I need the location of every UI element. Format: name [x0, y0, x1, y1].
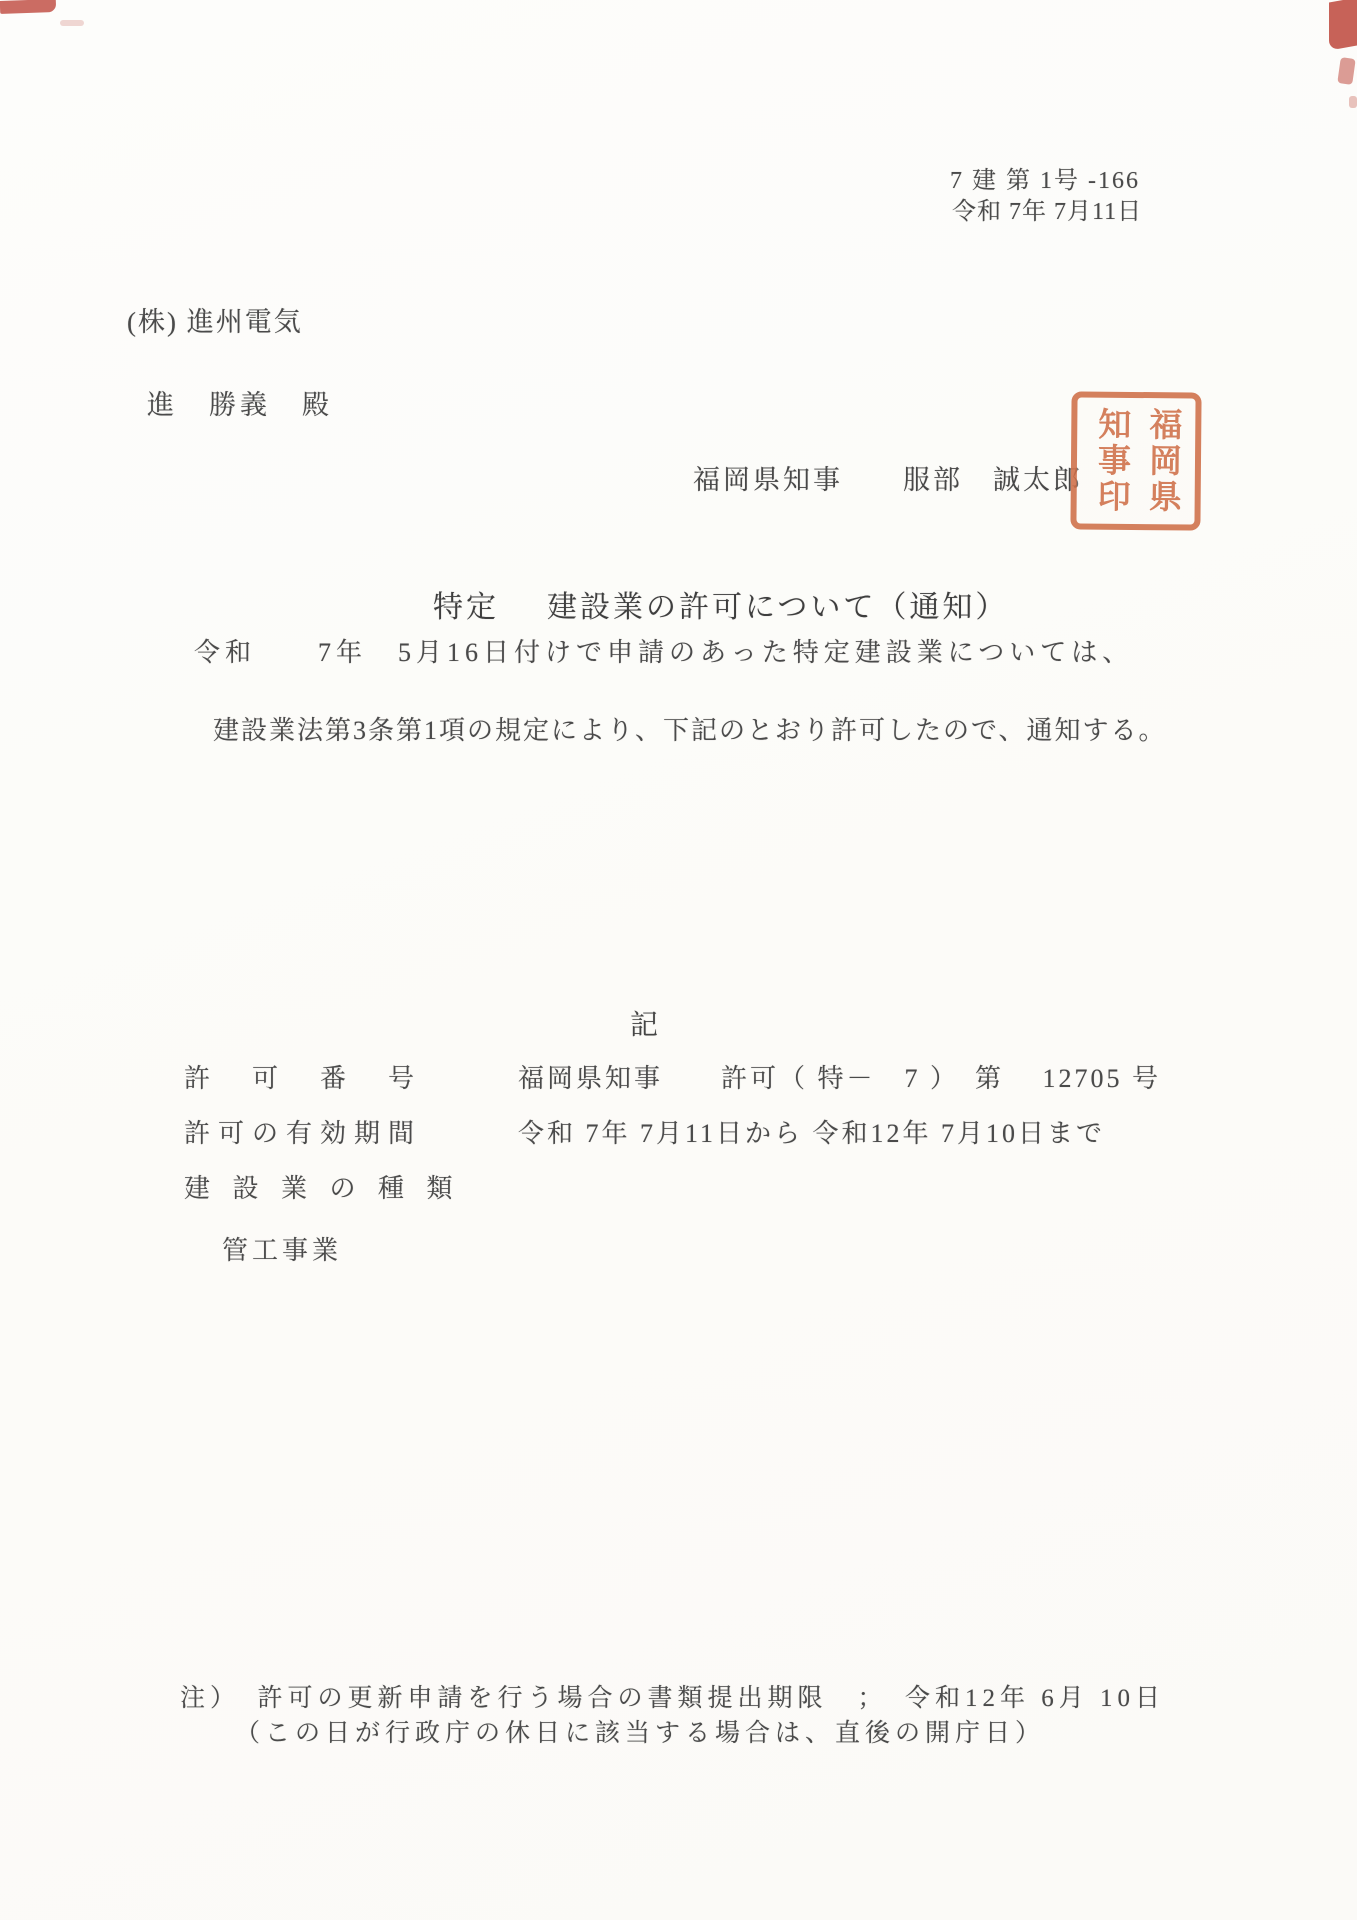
renewal-note-line-2: （この日が行政庁の休日に該当する場合は、直後の開庁日） [235, 1713, 1045, 1749]
document-date: 令和 7年 7月11日 [952, 191, 1142, 226]
document-number: 7 建 第 1号 -166 [950, 160, 1140, 195]
seal-column-left: 知事印 [1084, 407, 1136, 515]
body-paragraph-line-1: 令和 7年 5月16日付けで申請のあった特定建設業については、 [194, 632, 1133, 669]
record-heading: 記 [630, 1003, 658, 1043]
seal-column-right: 福岡県 [1136, 407, 1188, 515]
scan-artifact-top-right-faint [1349, 96, 1357, 108]
scan-artifact-top-left [0, 0, 56, 14]
business-type-label: 建 設 業 の 種 類 [184, 1168, 461, 1205]
body-paragraph-line-2: 建設業法第3条第1項の規定により、下記のとおり許可したので、通知する。 [213, 710, 1166, 747]
renewal-note-line-1: 注） 許可の更新申請を行う場合の書類提出期限 ； 令和12年 6月 10日 [180, 1678, 1165, 1714]
issuer-governor-name: 福岡県知事 服部 誠太郎 [693, 458, 1083, 497]
scan-artifact-top-left-faint [60, 20, 84, 26]
validity-period-label: 許可の有効期間 [184, 1113, 422, 1150]
permit-number-value: 福岡県知事 許可（ 特－ 7 ） 第 12705 号 [518, 1058, 1161, 1095]
governor-seal-stamp: 福岡県 知事印 [1070, 391, 1201, 530]
scan-artifact-top-right-small [1337, 57, 1355, 85]
validity-period-value: 令和 7年 7月11日から 令和12年 7月10日まで [518, 1113, 1105, 1150]
addressee-company: (株) 進州電気 [127, 300, 303, 339]
license-classification: 特定 [433, 591, 499, 624]
seal-text: 福岡県 知事印 [1084, 407, 1187, 516]
license-type-value: 管工事業 [222, 1230, 342, 1267]
scan-artifact-top-right [1329, 0, 1357, 50]
document-title-text: 建設業の許可について（通知） [547, 591, 1008, 624]
addressee-person: 進 勝義 殿 [147, 383, 333, 422]
permit-number-label: 許 可 番 号 [184, 1058, 422, 1095]
scanned-document-page: 7 建 第 1号 -166 令和 7年 7月11日 (株) 進州電気 進 勝義 … [0, 0, 1357, 1920]
